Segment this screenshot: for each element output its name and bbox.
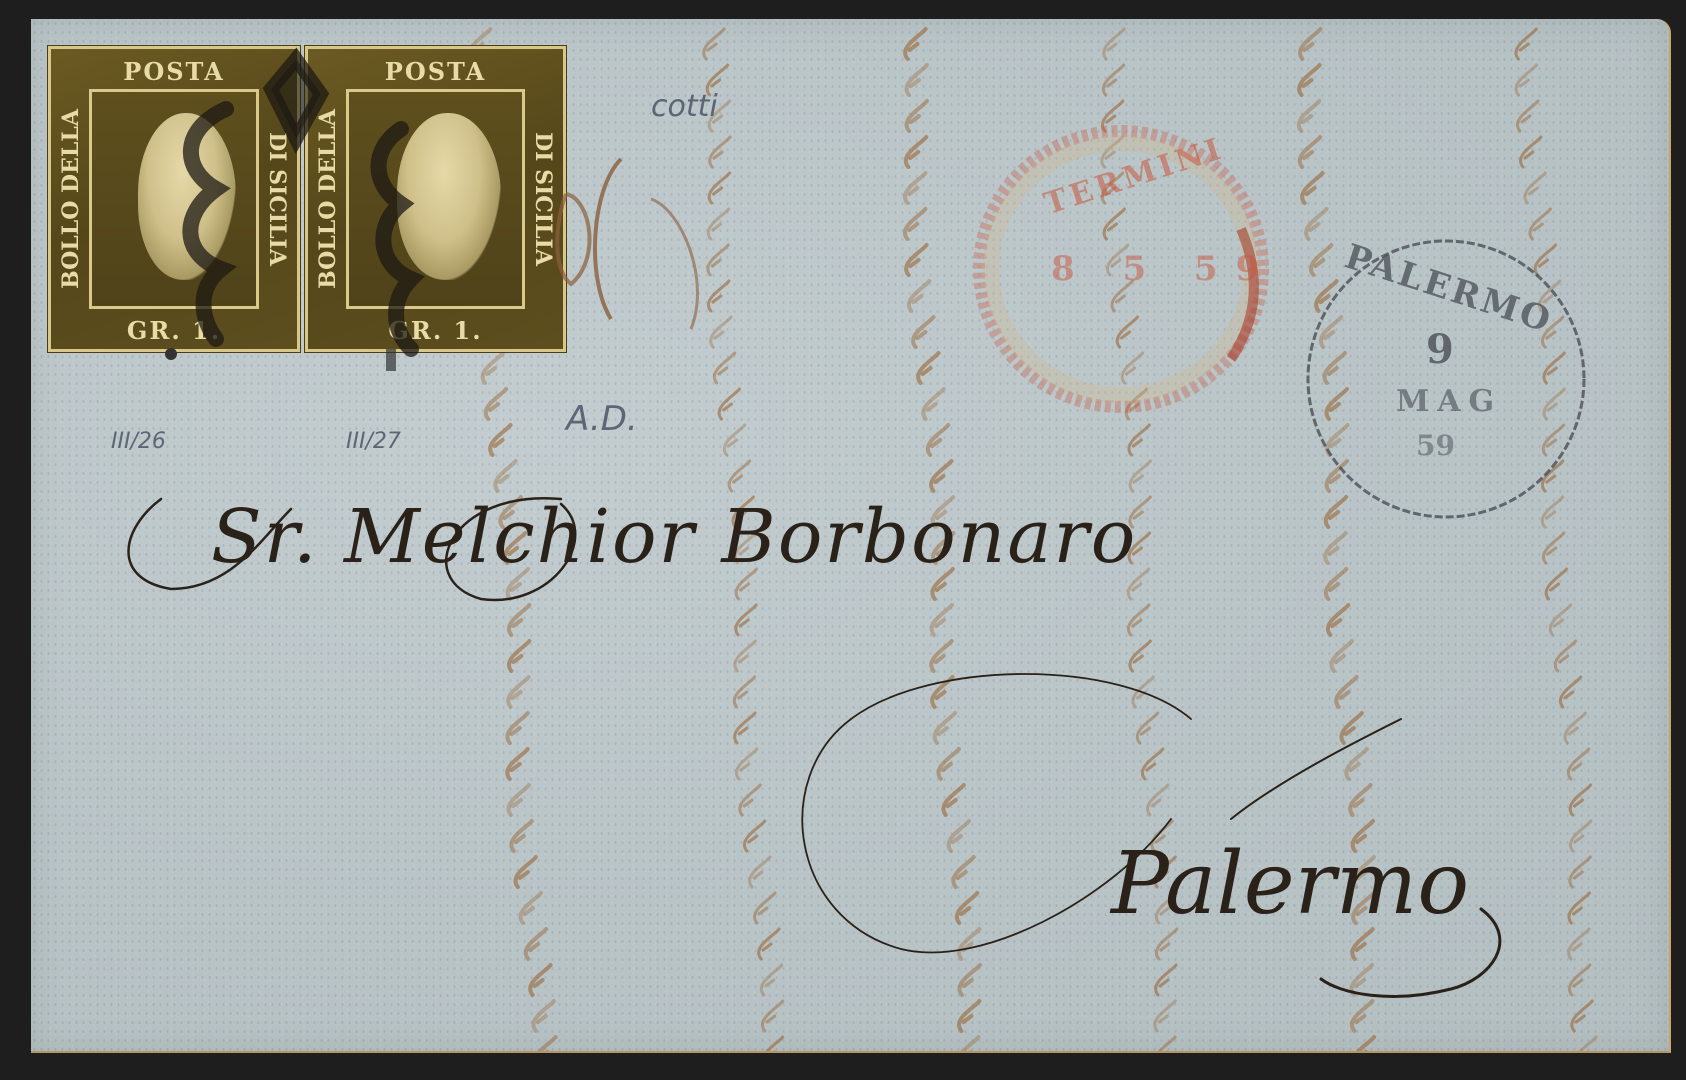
address-city: Palermo [1111, 834, 1469, 934]
letter-sheet: TERMINI 8 5 59 PALERMO 9 MAG 59 POSTA BO… [31, 19, 1671, 1053]
address-recipient: Sr. Melchior Borbonaro [211, 494, 1137, 580]
